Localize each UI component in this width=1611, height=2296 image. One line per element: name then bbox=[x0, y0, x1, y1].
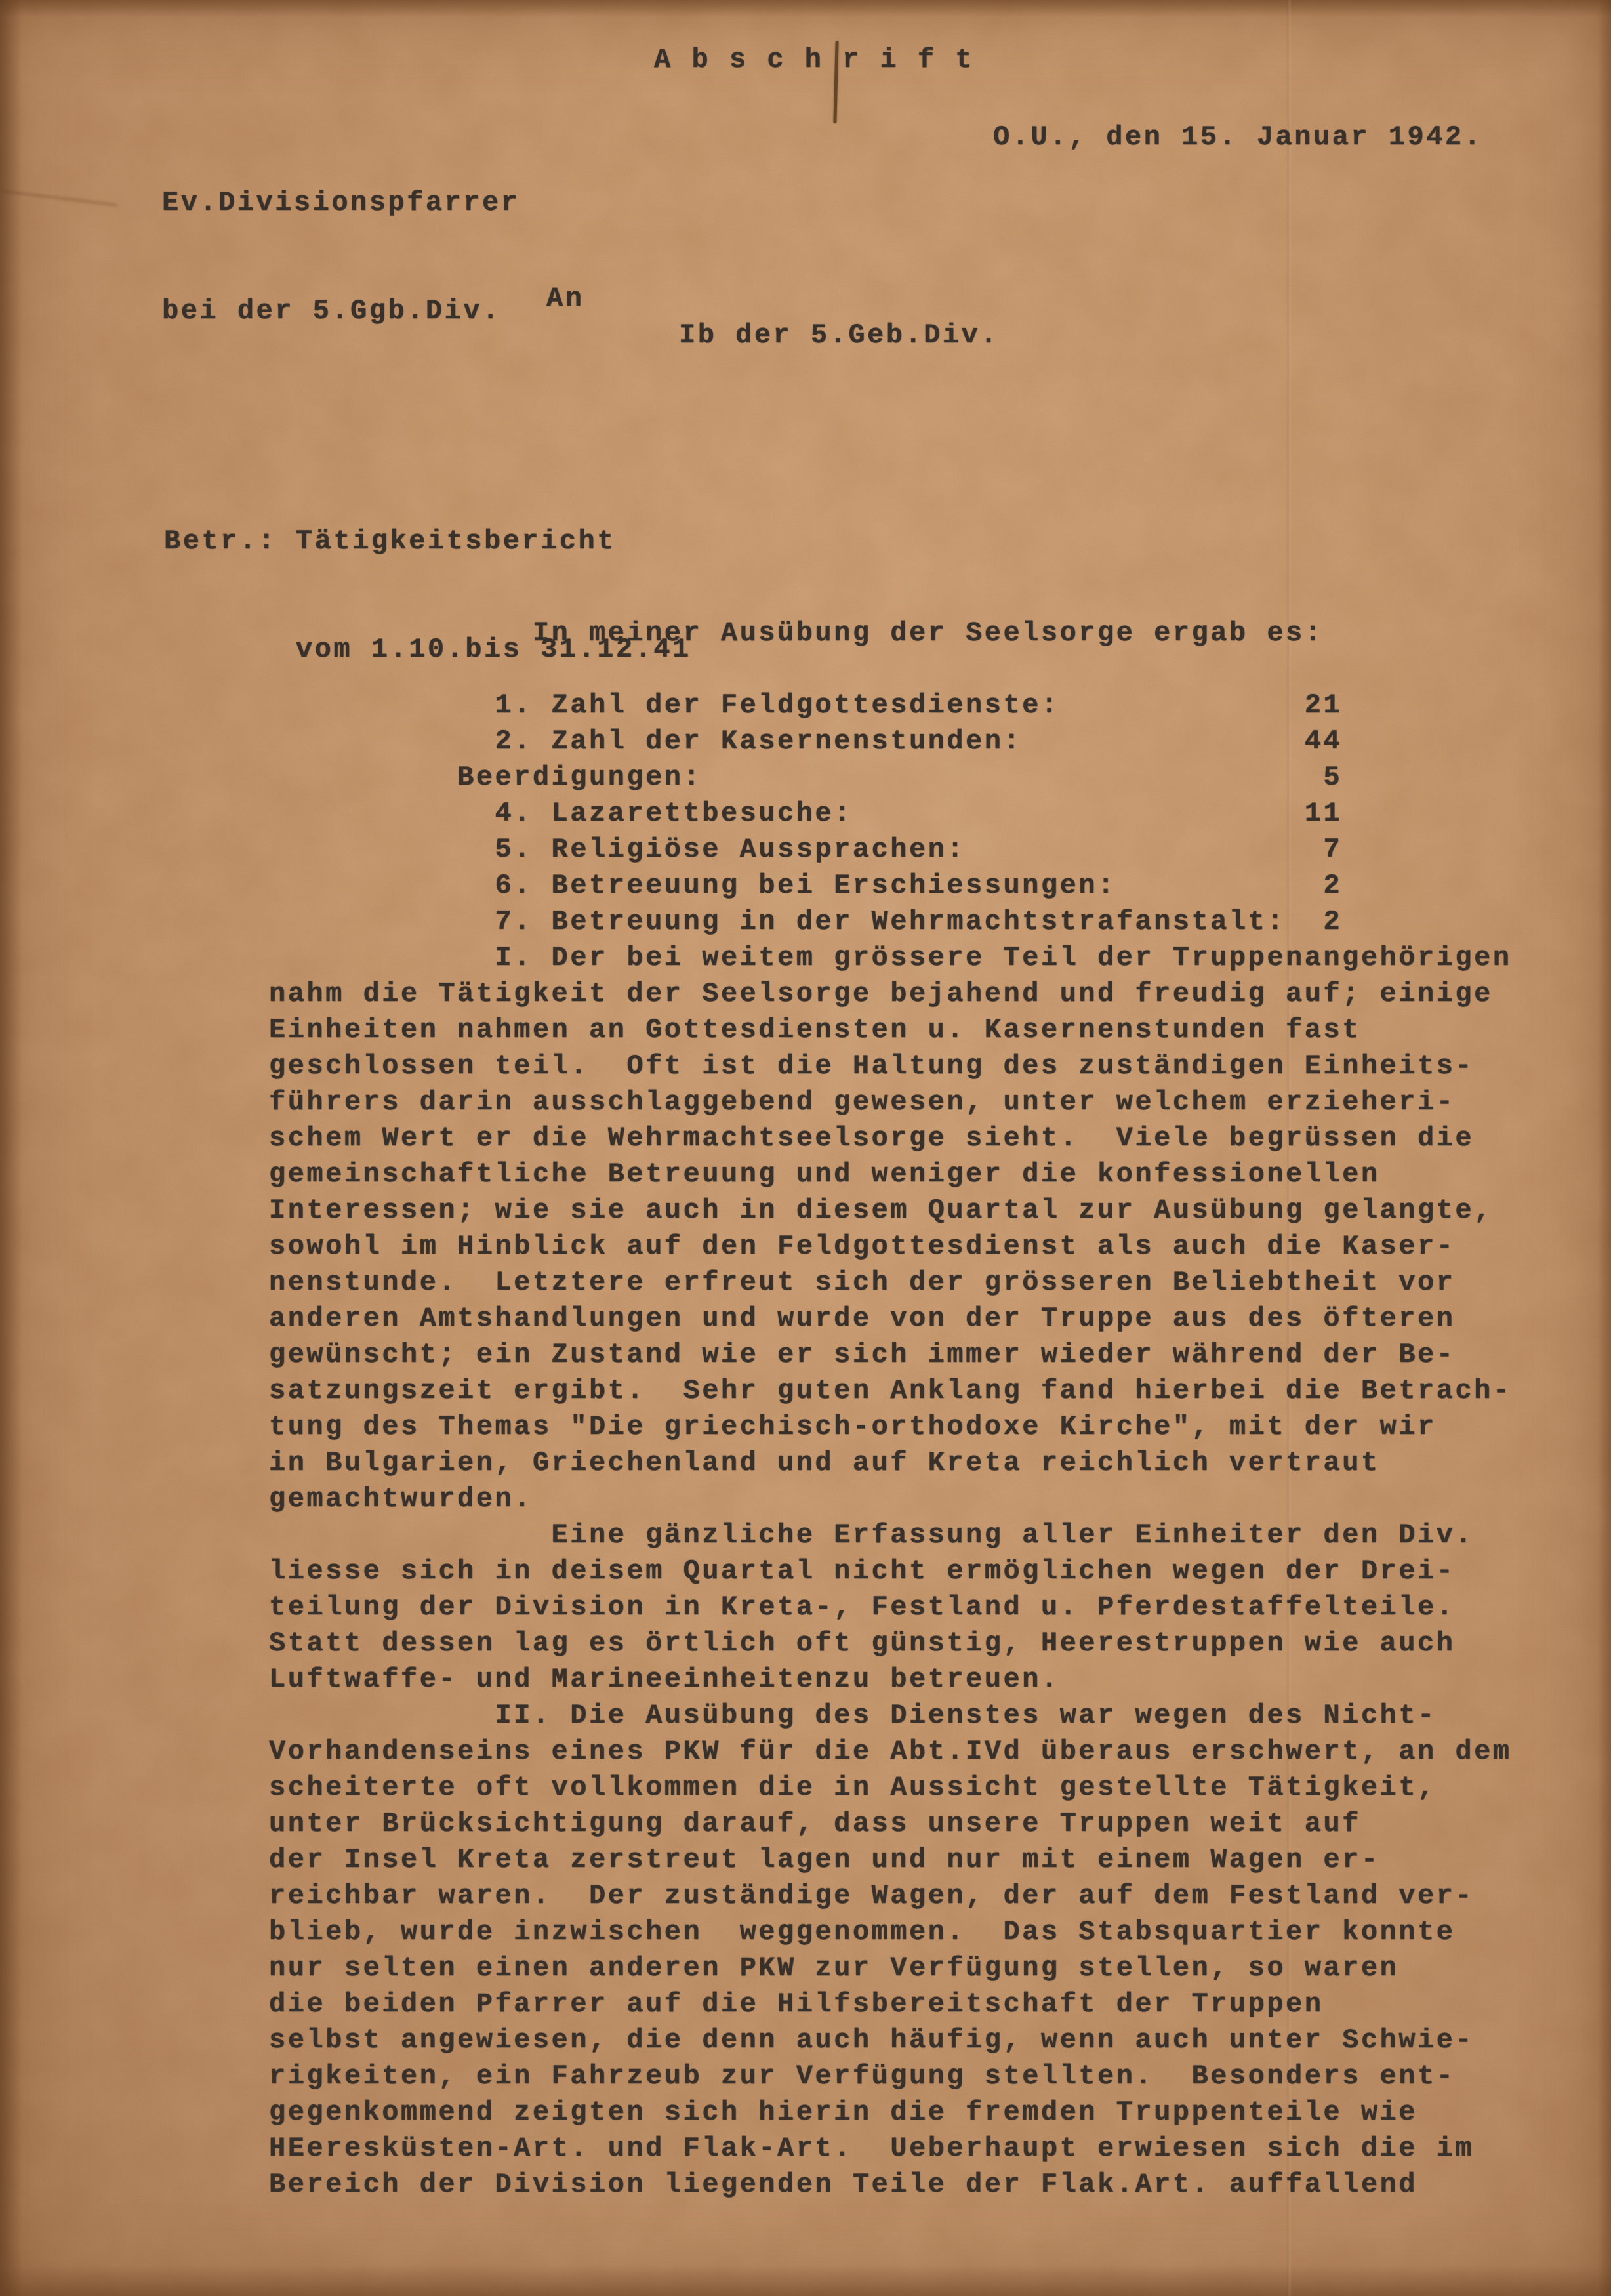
sender-line-1: Ev.Divisionspfarrer bbox=[162, 185, 520, 221]
paper-edge-bottom bbox=[0, 2266, 1611, 2296]
report-text: In meiner Ausübung der Seelsorge ergab e… bbox=[269, 615, 1511, 2203]
recipient: Ib der 5.Geb.Div. bbox=[679, 318, 999, 354]
sender-block: Ev.Divisionspfarrer bei der 5.Ggb.Div. bbox=[162, 113, 520, 401]
paper-edge-right bbox=[1598, 0, 1611, 2296]
paper-edge-top bbox=[0, 0, 1611, 17]
document-page: A b s c h r i f t Ev.Divisionspfarrer be… bbox=[0, 0, 1611, 2296]
sender-line-2: bei der 5.Ggb.Div. bbox=[162, 293, 520, 329]
dateline: O.U., den 15. Januar 1942. bbox=[993, 119, 1482, 155]
salutation-an: An bbox=[546, 281, 584, 317]
paper-crease bbox=[0, 190, 117, 207]
document-title: A b s c h r i f t bbox=[654, 42, 974, 78]
subject-line-1: Betr.: Tätigkeitsbericht bbox=[164, 523, 691, 560]
paper-edge-left bbox=[0, 0, 22, 2296]
